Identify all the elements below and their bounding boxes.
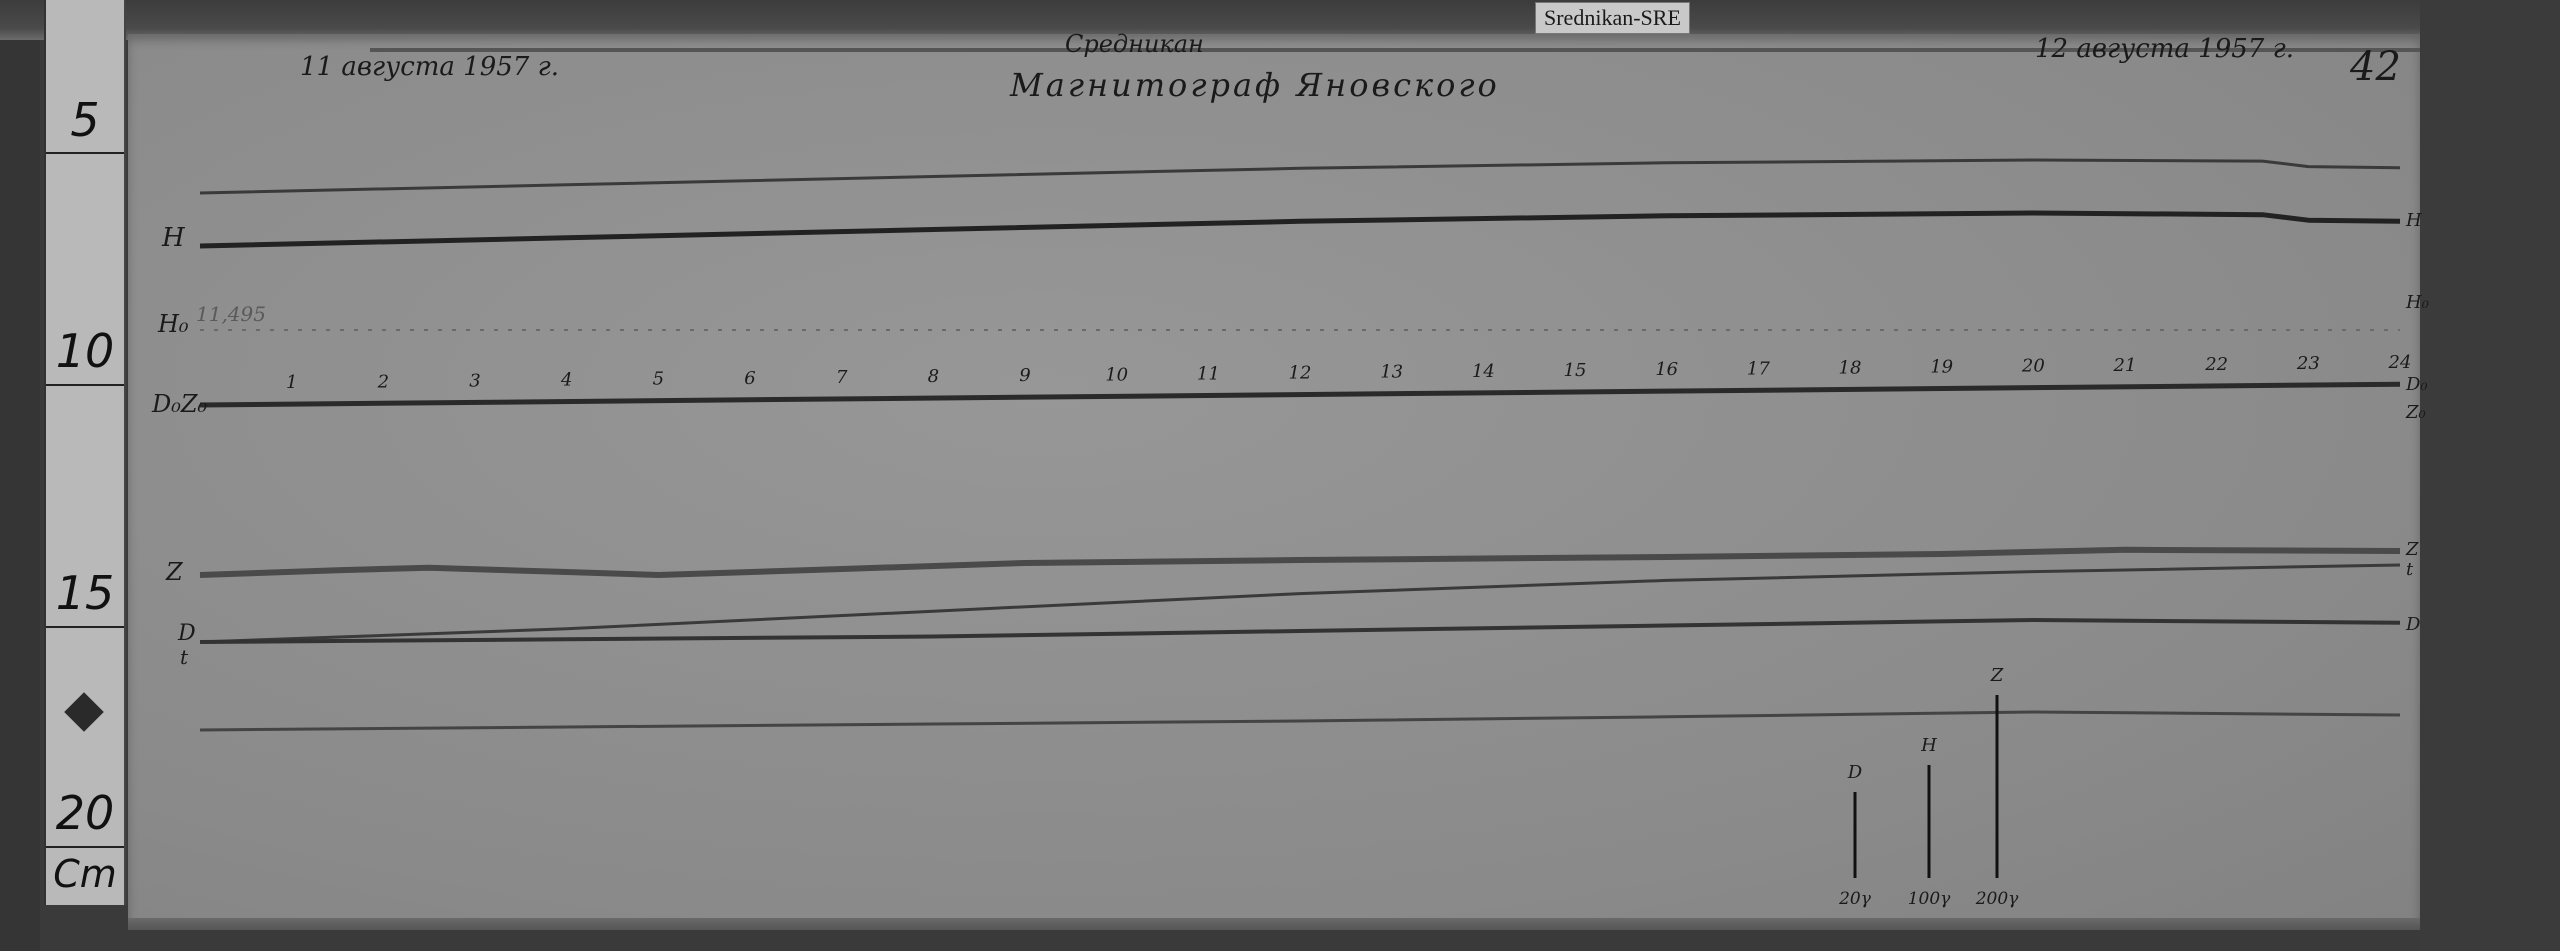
magnetogram-traces: 123456789101112131415161718192021222324H… (0, 0, 2560, 951)
hour-tick-label: 14 (1472, 361, 1495, 382)
hour-tick-label: 22 (2204, 354, 2228, 375)
trace-label-left: H (161, 223, 186, 253)
hour-tick-label: 8 (928, 366, 939, 387)
trace-label-left: Z (165, 558, 184, 586)
trace-3 (200, 384, 2400, 405)
hour-tick-label: 17 (1747, 358, 1770, 379)
trace-label-right: t (2406, 559, 2414, 580)
scale-bar-value: 20γ (1838, 889, 1872, 909)
hour-tick-label: 7 (836, 367, 848, 388)
scale-bar-value: 100γ (1908, 889, 1951, 909)
hour-tick-label: 15 (1564, 360, 1587, 381)
hour-tick-label: 2 (377, 371, 389, 392)
hour-tick-label: 13 (1380, 362, 1403, 383)
trace-label-right: D (2405, 614, 2421, 635)
hour-tick-label: 24 (2388, 352, 2412, 373)
scale-bar-value: 200γ (1975, 889, 2019, 909)
hour-tick-label: 1 (286, 372, 297, 393)
hour-tick-label: 16 (1655, 359, 1678, 380)
trace-label-right: Z (2405, 539, 2419, 560)
hour-tick-label: 3 (469, 370, 480, 391)
trace-label-left: t (180, 645, 189, 669)
hour-tick-label: 23 (2296, 353, 2320, 374)
trace-label-left: D₀Z₀ (151, 390, 208, 418)
hour-tick-label: 11 (1197, 363, 1220, 384)
trace-label-left: D (177, 621, 196, 646)
trace-label-right: H (2405, 210, 2422, 231)
trace-label-right: H₀ (2405, 292, 2429, 313)
trace-7 (200, 712, 2400, 730)
trace-0 (200, 160, 2400, 193)
trace-label-left: H₀ (157, 310, 189, 338)
hour-tick-label: 12 (1289, 363, 1312, 384)
hour-tick-label: 6 (744, 368, 755, 389)
scale-bar-label: H (1920, 735, 1937, 756)
hour-tick-label: 4 (560, 370, 572, 391)
hour-tick-label: 19 (1930, 357, 1953, 378)
hour-tick-label: 9 (1019, 365, 1030, 386)
hour-tick-label: 20 (2021, 356, 2045, 377)
trace-label-right: D₀ (2405, 374, 2428, 395)
hour-tick-label: 18 (1839, 357, 1862, 378)
trace-1 (200, 213, 2400, 246)
hour-tick-label: 21 (2113, 355, 2137, 376)
hour-tick-label: 10 (1105, 364, 1128, 385)
hour-tick-label: 5 (653, 369, 664, 390)
scale-bar-label: Z (1990, 665, 2004, 686)
trace-label-right: Z₀ (2405, 402, 2426, 423)
scale-bar-label: D (1847, 762, 1863, 783)
